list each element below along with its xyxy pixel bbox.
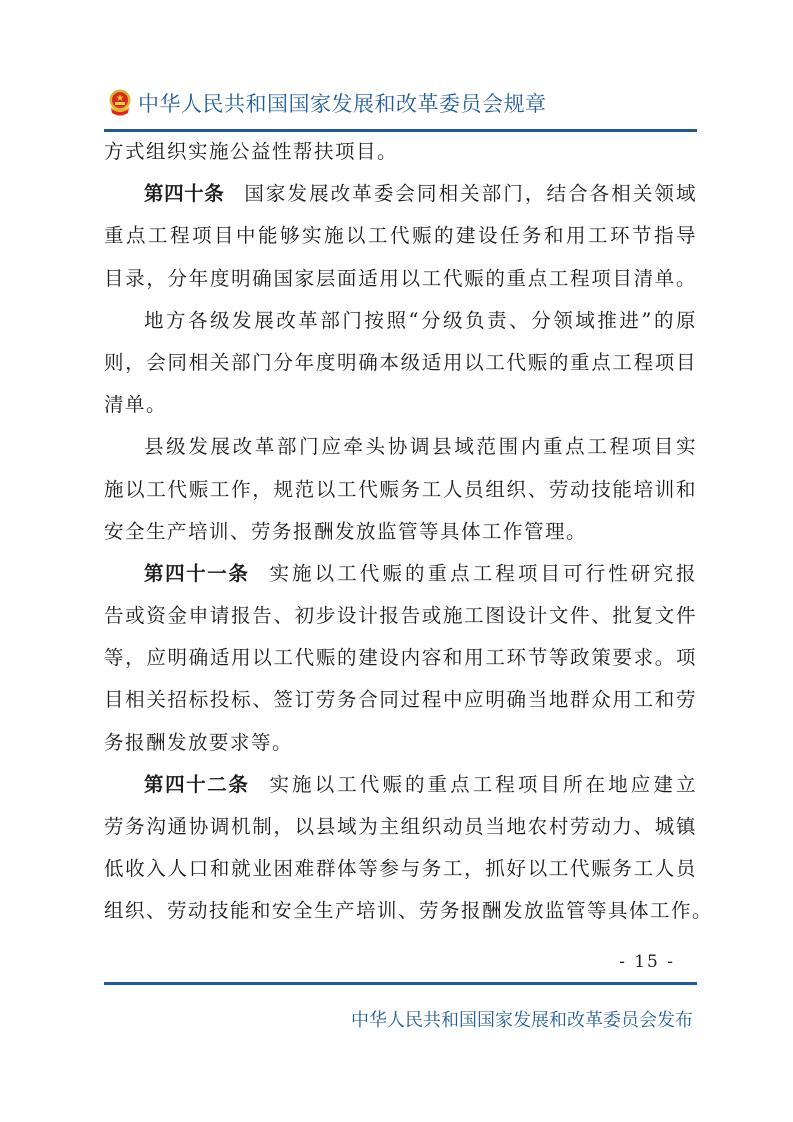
text-line: 目录，分年度明确国家层面适用以工代赈的重点工程项目清单。 [104, 258, 697, 300]
text-line: 地方各级发展改革部门按照“分级负责、分领域推进”的原 [104, 300, 697, 342]
line-text: 告或资金申请报告、初步设计报告或施工图设计文件、批复文件 [104, 604, 697, 627]
line-text: 安全生产培训、劳务报酬发放监管等具体工作管理。 [104, 520, 587, 543]
line-text: 等，应明确适用以工代赈的建设内容和用工环节等政策要求。项 [104, 646, 697, 669]
text-line: 则，会同相关部门分年度明确本级适用以工代赈的重点工程项目 [104, 342, 697, 384]
line-text: 实施以工代赈的重点工程项目所在地应建立 [269, 773, 697, 796]
article-number: 第四十一条 [144, 562, 249, 585]
line-text: 则，会同相关部门分年度明确本级适用以工代赈的重点工程项目 [104, 351, 697, 374]
line-text: 地方各级发展改革部门按照“分级负责、分领域推进”的原 [144, 309, 697, 332]
line-text: 施以工代赈工作，规范以工代赈务工人员组织、劳动技能培训和 [104, 478, 697, 501]
line-text: 重点工程项目中能够实施以工代赈的建设任务和用工环节指导 [104, 224, 697, 247]
text-line: 施以工代赈工作，规范以工代赈务工人员组织、劳动技能培训和 [104, 469, 697, 511]
article-number: 第四十二条 [144, 773, 249, 796]
text-line: 清单。 [104, 384, 697, 426]
line-text: 目相关招标投标、签订劳务合同过程中应明确当地群众用工和劳 [104, 688, 697, 711]
text-line: 安全生产培训、劳务报酬发放监管等具体工作管理。 [104, 511, 697, 553]
text-line: 第四十条国家发展改革委会同相关部门，结合各相关领域 [104, 173, 697, 215]
line-text: 劳务沟通协调机制，以县域为主组织动员当地农村劳动力、城镇 [104, 815, 697, 838]
text-line: 第四十一条实施以工代赈的重点工程项目可行性研究报 [104, 553, 697, 595]
line-text: 国家发展改革委会同相关部门，结合各相关领域 [244, 182, 697, 205]
header-title: 中华人民共和国国家发展和改革委员会规章 [138, 88, 547, 118]
line-text: 低收入人口和就业困难群体等参与务工，抓好以工代赈务工人员 [104, 857, 697, 880]
text-line: 县级发展改革部门应牵头协调县域范围内重点工程项目实 [104, 426, 697, 468]
page-header: 中华人民共和国国家发展和改革委员会规章 [108, 86, 547, 120]
line-text: 组织、劳动技能和安全生产培训、劳务报酬发放监管等具体工作。 [104, 899, 713, 922]
line-text: 方式组织实施公益性帮扶项目。 [104, 140, 398, 163]
line-text: 实施以工代赈的重点工程项目可行性研究报 [269, 562, 697, 585]
page-number: - 15 - [619, 952, 675, 972]
text-line: 组织、劳动技能和安全生产培训、劳务报酬发放监管等具体工作。 [104, 890, 697, 932]
national-emblem-icon [108, 89, 132, 117]
line-text: 务报酬发放要求等。 [104, 731, 293, 754]
text-line: 目相关招标投标、签订劳务合同过程中应明确当地群众用工和劳 [104, 679, 697, 721]
document-body: 方式组织实施公益性帮扶项目。第四十条国家发展改革委会同相关部门，结合各相关领域重… [104, 131, 697, 933]
footer-publisher: 中华人民共和国国家发展和改革委员会发布 [351, 1006, 693, 1032]
footer-divider [104, 982, 697, 985]
line-text: 目录，分年度明确国家层面适用以工代赈的重点工程项目清单。 [104, 267, 697, 290]
text-line: 方式组织实施公益性帮扶项目。 [104, 131, 697, 173]
text-line: 第四十二条实施以工代赈的重点工程项目所在地应建立 [104, 764, 697, 806]
text-line: 低收入人口和就业困难群体等参与务工，抓好以工代赈务工人员 [104, 848, 697, 890]
text-line: 务报酬发放要求等。 [104, 722, 697, 764]
text-line: 告或资金申请报告、初步设计报告或施工图设计文件、批复文件 [104, 595, 697, 637]
text-line: 劳务沟通协调机制，以县域为主组织动员当地农村劳动力、城镇 [104, 806, 697, 848]
article-number: 第四十条 [144, 182, 224, 205]
text-line: 重点工程项目中能够实施以工代赈的建设任务和用工环节指导 [104, 215, 697, 257]
line-text: 县级发展改革部门应牵头协调县域范围内重点工程项目实 [144, 435, 697, 458]
text-line: 等，应明确适用以工代赈的建设内容和用工环节等政策要求。项 [104, 637, 697, 679]
line-text: 清单。 [104, 393, 167, 416]
